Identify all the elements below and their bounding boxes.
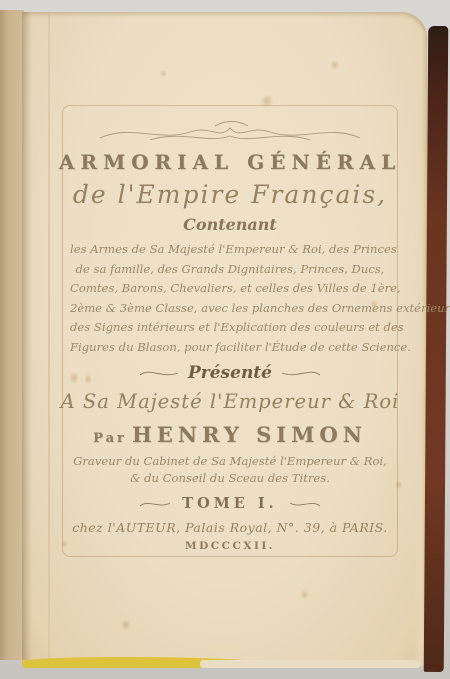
flourish-right-icon (280, 365, 322, 381)
presented-heading: Présenté (188, 363, 272, 383)
contents-line: les Armes de Sa Majesté l'Empereur & Roi… (70, 240, 390, 260)
contents-line: 2ème & 3ème Classe, avec les planches de… (70, 299, 390, 319)
photo-of-book: ARMORIAL GÉNÉRAL de l'Empire Français, C… (0, 0, 450, 679)
engraved-plate-mark: ARMORIAL GÉNÉRAL de l'Empire Français, C… (62, 105, 398, 557)
book-subtitle: de l'Empire Français, (73, 180, 387, 209)
publication-year: MDCCCXII. (185, 540, 275, 552)
foxing-spot (120, 620, 132, 630)
author-title-line: & du Conseil du Sceau des Titres. (130, 470, 330, 487)
book-spine-endpaper (0, 10, 24, 660)
author-title-line: Graveur du Cabinet de Sa Majesté l'Emper… (73, 453, 387, 470)
bottom-page-edge (200, 660, 420, 668)
imprint-line: chez l'AUTEUR, Palais Royal, N°. 39, à P… (72, 520, 388, 535)
flourish-left-icon (138, 365, 180, 381)
page-crease (48, 14, 50, 662)
flourish-left-icon (138, 497, 172, 511)
flourish-right-icon (288, 497, 322, 511)
contents-line: Figures du Blason, pour faciliter l'Étud… (70, 338, 390, 358)
foxing-spot (160, 70, 167, 77)
contents-description: les Armes de Sa Majesté l'Empereur & Roi… (70, 240, 390, 357)
byline: Par HENRY SIMON (93, 422, 367, 447)
section-heading: Contenant (183, 215, 277, 234)
leather-board-edge (424, 26, 449, 672)
gutter-shadow (22, 12, 32, 660)
presented-heading-row: Présenté (138, 363, 322, 383)
foxing-spot (330, 60, 340, 70)
contents-line: de sa famille, des Grands Dignitaires, P… (70, 260, 390, 280)
calligraphic-flourish-icon (90, 120, 370, 146)
author-name: HENRY SIMON (132, 422, 367, 447)
volume-label: TOME I. (182, 495, 277, 512)
book-title: ARMORIAL GÉNÉRAL (59, 150, 401, 174)
dedication-line: A Sa Majesté l'Empereur & Roi (61, 390, 400, 413)
contents-line: des Signes intérieurs et l'Explication d… (70, 318, 390, 338)
byline-prefix: Par (93, 431, 127, 446)
volume-row: TOME I. (138, 495, 321, 512)
contents-line: Comtes, Barons, Chevaliers, et celles de… (70, 279, 390, 299)
foxing-spot (300, 590, 309, 599)
